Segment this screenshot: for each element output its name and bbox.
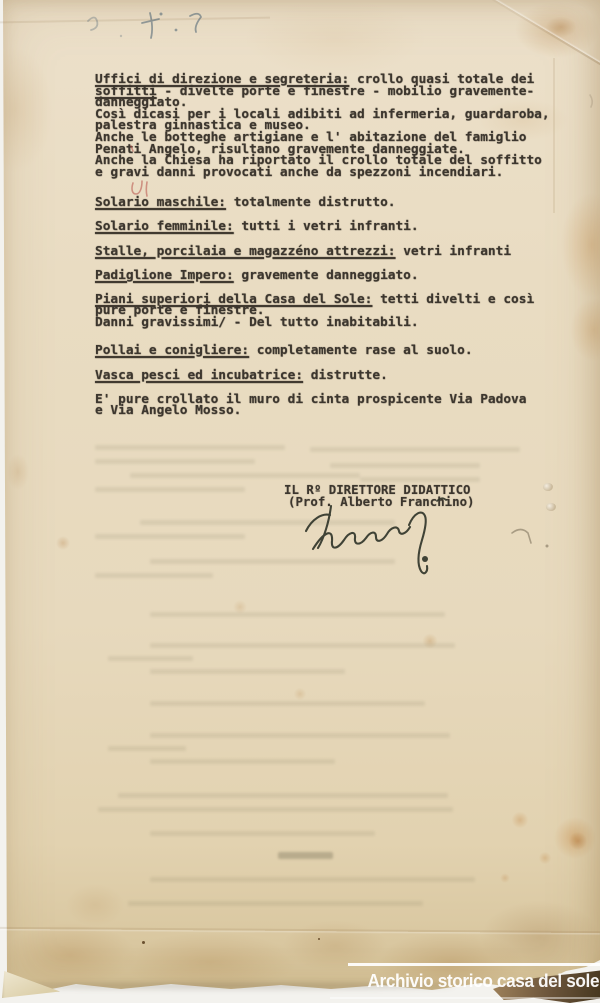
text-segment: gravemente danneggiato. <box>234 268 419 283</box>
ghost-text-line <box>150 669 345 674</box>
text-segment: e Via Angelo Mosso. <box>95 403 241 418</box>
text-line: Pollai e conigliere: completamente rase … <box>95 345 565 357</box>
ghost-text-line <box>150 643 455 648</box>
ghost-text-line <box>95 459 255 464</box>
paragraph: Uffici di direzione e segreteria: crollo… <box>95 74 565 178</box>
ink-speck <box>142 941 145 944</box>
watermark-line <box>348 963 600 966</box>
heading-segment: Stalle, porcilaia e magazzéno attrezzi: <box>95 244 395 259</box>
text-line: Padiglione Impero: gravemente danneggiat… <box>95 270 565 282</box>
signatory-name: (Prof. Alberto Franchino) <box>288 496 475 508</box>
watermark-line-bottom <box>330 997 600 999</box>
text-segment: - divelte porte e finestre - mobilio gra… <box>157 84 535 99</box>
ghost-text-line <box>278 852 333 859</box>
paragraph: Solario maschile: totalmente distrutto. <box>95 197 565 209</box>
text-line: Vasca pesci ed incubatrice: distrutte. <box>95 370 565 382</box>
ghost-text-line <box>150 831 375 836</box>
ink-speck <box>318 938 320 940</box>
paper-dimple <box>543 483 553 491</box>
text-segment: vetri infranti <box>395 244 511 259</box>
ghost-text-line <box>98 807 453 812</box>
typed-text: Uffici di direzione e segreteria: crollo… <box>95 74 565 417</box>
text-line: e Via Angelo Mosso. <box>95 405 565 417</box>
text-segment: completamente rase al suolo. <box>249 343 472 358</box>
text-line: e gravi danni provocati anche da spezzon… <box>95 167 565 179</box>
heading-segment: Padiglione Impero: <box>95 268 234 283</box>
paragraph: E' pure crollato il muro di cinta prospi… <box>95 394 565 417</box>
text-line: Stalle, porcilaia e magazzéno attrezzi: … <box>95 246 565 258</box>
paragraph: Padiglione Impero: gravemente danneggiat… <box>95 270 565 282</box>
text-line: Solario femminile: tutti i vetri infrant… <box>95 221 565 233</box>
ghost-text-line <box>108 656 193 661</box>
text-segment: distrutte. <box>303 368 388 383</box>
ghost-text-line <box>95 487 245 492</box>
heading-segment: Vasca pesci ed incubatrice: <box>95 368 303 383</box>
ghost-text-line <box>128 901 423 906</box>
ghost-text-line <box>150 701 425 706</box>
heading-segment: Pollai e conigliere: <box>95 343 249 358</box>
text-segment: tetti divelti e così <box>372 292 534 307</box>
paragraph: Stalle, porcilaia e magazzéno attrezzi: … <box>95 246 565 258</box>
text-segment: Danni gravissimi/ - Del tutto inabitabil… <box>95 315 419 330</box>
text-segment: tutti i vetri infranti. <box>234 219 419 234</box>
paper-dimple <box>546 503 556 511</box>
ghost-text-line <box>150 759 335 764</box>
ghost-text-line <box>118 793 448 798</box>
ghost-text-line <box>150 733 450 738</box>
text-line: Danni gravissimi/ - Del tutto inabitabil… <box>95 317 565 329</box>
heading-segment: Solario maschile: <box>95 195 226 210</box>
archive-watermark-text: Archivio storico casa del sole <box>367 970 599 992</box>
ghost-text-line <box>95 445 285 450</box>
text-segment: e gravi danni provocati anche da spezzon… <box>95 165 503 180</box>
text-line: Solario maschile: totalmente distrutto. <box>95 197 565 209</box>
ghost-text-line <box>95 534 245 539</box>
ghost-text-line <box>140 520 395 525</box>
ghost-text-line <box>150 559 395 564</box>
paragraph: Solario femminile: tutti i vetri infrant… <box>95 221 565 233</box>
ghost-text-line <box>330 463 480 468</box>
scanned-document-page: { "document": { "language": "Italian", "… <box>0 0 600 1003</box>
ghost-text-line <box>130 473 360 478</box>
paragraph: Vasca pesci ed incubatrice: distrutte. <box>95 370 565 382</box>
ghost-text-line <box>95 573 213 578</box>
paragraph: Piani superiori della Casa del Sole: tet… <box>95 294 565 329</box>
paragraph: Pollai e conigliere: completamente rase … <box>95 345 565 357</box>
ghost-text-line <box>310 447 520 452</box>
ghost-text-line <box>150 612 445 617</box>
heading-segment: Solario femminile: <box>95 219 234 234</box>
text-segment: totalmente distrutto. <box>226 195 396 210</box>
signature-block: IL Rº DIRETTORE DIDATTICO (Prof. Alberto… <box>284 484 475 508</box>
ghost-text-line <box>108 746 186 751</box>
ghost-text-line <box>150 877 475 882</box>
